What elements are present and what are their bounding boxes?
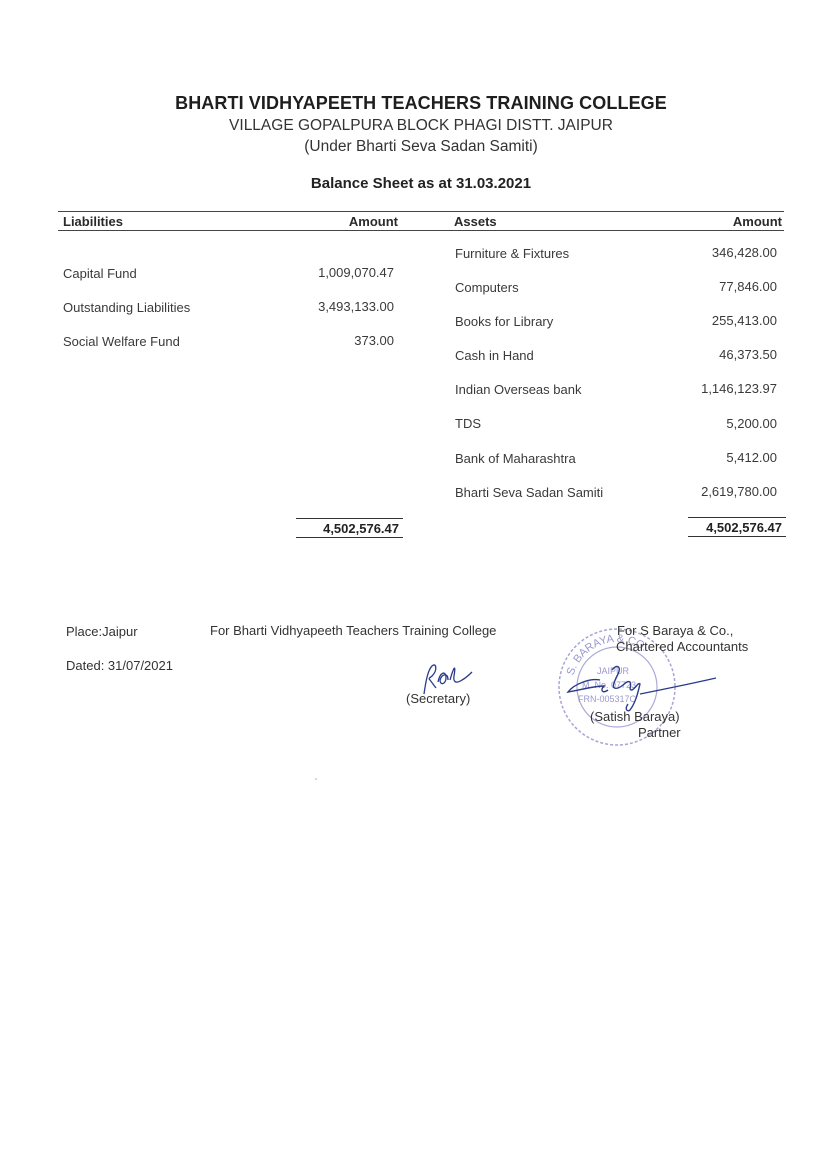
asset-amount: 255,413.00 [660,313,777,328]
asset-amount: 346,428.00 [660,245,777,260]
asset-label: Indian Overseas bank [455,382,581,397]
place: Place:Jaipur [66,624,138,639]
partner-name: (Satish Baraya) [590,709,680,724]
dated: Dated: 31/07/2021 [66,658,173,673]
asset-label: TDS [455,416,481,431]
liability-label: Social Welfare Fund [63,334,180,349]
org-address: VILLAGE GOPALPURA BLOCK PHAGI DISTT. JAI… [0,117,826,135]
balance-sheet-title: Balance Sheet as at 31.03.2021 [0,175,826,192]
partner-signature-icon [560,660,720,716]
asset-label: Computers [455,280,519,295]
scan-speck [315,778,317,780]
for-firm-label: For S Baraya & Co., [617,623,733,638]
secretary-label: (Secretary) [406,691,470,706]
liabilities-amount-header: Amount [300,214,398,229]
asset-label: Bharti Seva Sadan Samiti [455,485,603,500]
firm-type: Chartered Accountants [616,639,748,654]
asset-amount: 5,412.00 [660,450,777,465]
assets-total: 4,502,576.47 [688,517,786,537]
asset-label: Cash in Hand [455,348,534,363]
asset-label: Books for Library [455,314,553,329]
assets-header: Assets [454,214,497,229]
liability-label: Outstanding Liabilities [63,300,190,315]
liability-amount: 1,009,070.47 [280,265,394,280]
assets-amount-header: Amount [680,214,782,229]
liabilities-header: Liabilities [63,214,123,229]
asset-amount: 5,200.00 [660,416,777,431]
asset-amount: 46,373.50 [660,347,777,362]
liabilities-total: 4,502,576.47 [296,518,403,538]
header-bottom-rule [58,230,784,231]
parent-org: (Under Bharti Seva Sadan Samiti) [0,138,826,156]
liability-amount: 3,493,133.00 [280,299,394,314]
for-college-label: For Bharti Vidhyapeeth Teachers Training… [210,623,496,638]
asset-amount: 77,846.00 [660,279,777,294]
liability-amount: 373.00 [280,333,394,348]
asset-label: Furniture & Fixtures [455,246,569,261]
partner-role: Partner [638,725,681,740]
asset-amount: 2,619,780.00 [660,484,777,499]
asset-label: Bank of Maharashtra [455,451,576,466]
org-name: BHARTI VIDHYAPEETH TEACHERS TRAINING COL… [0,93,826,114]
asset-amount: 1,146,123.97 [660,381,777,396]
header-top-rule [58,211,784,212]
liability-label: Capital Fund [63,266,137,281]
